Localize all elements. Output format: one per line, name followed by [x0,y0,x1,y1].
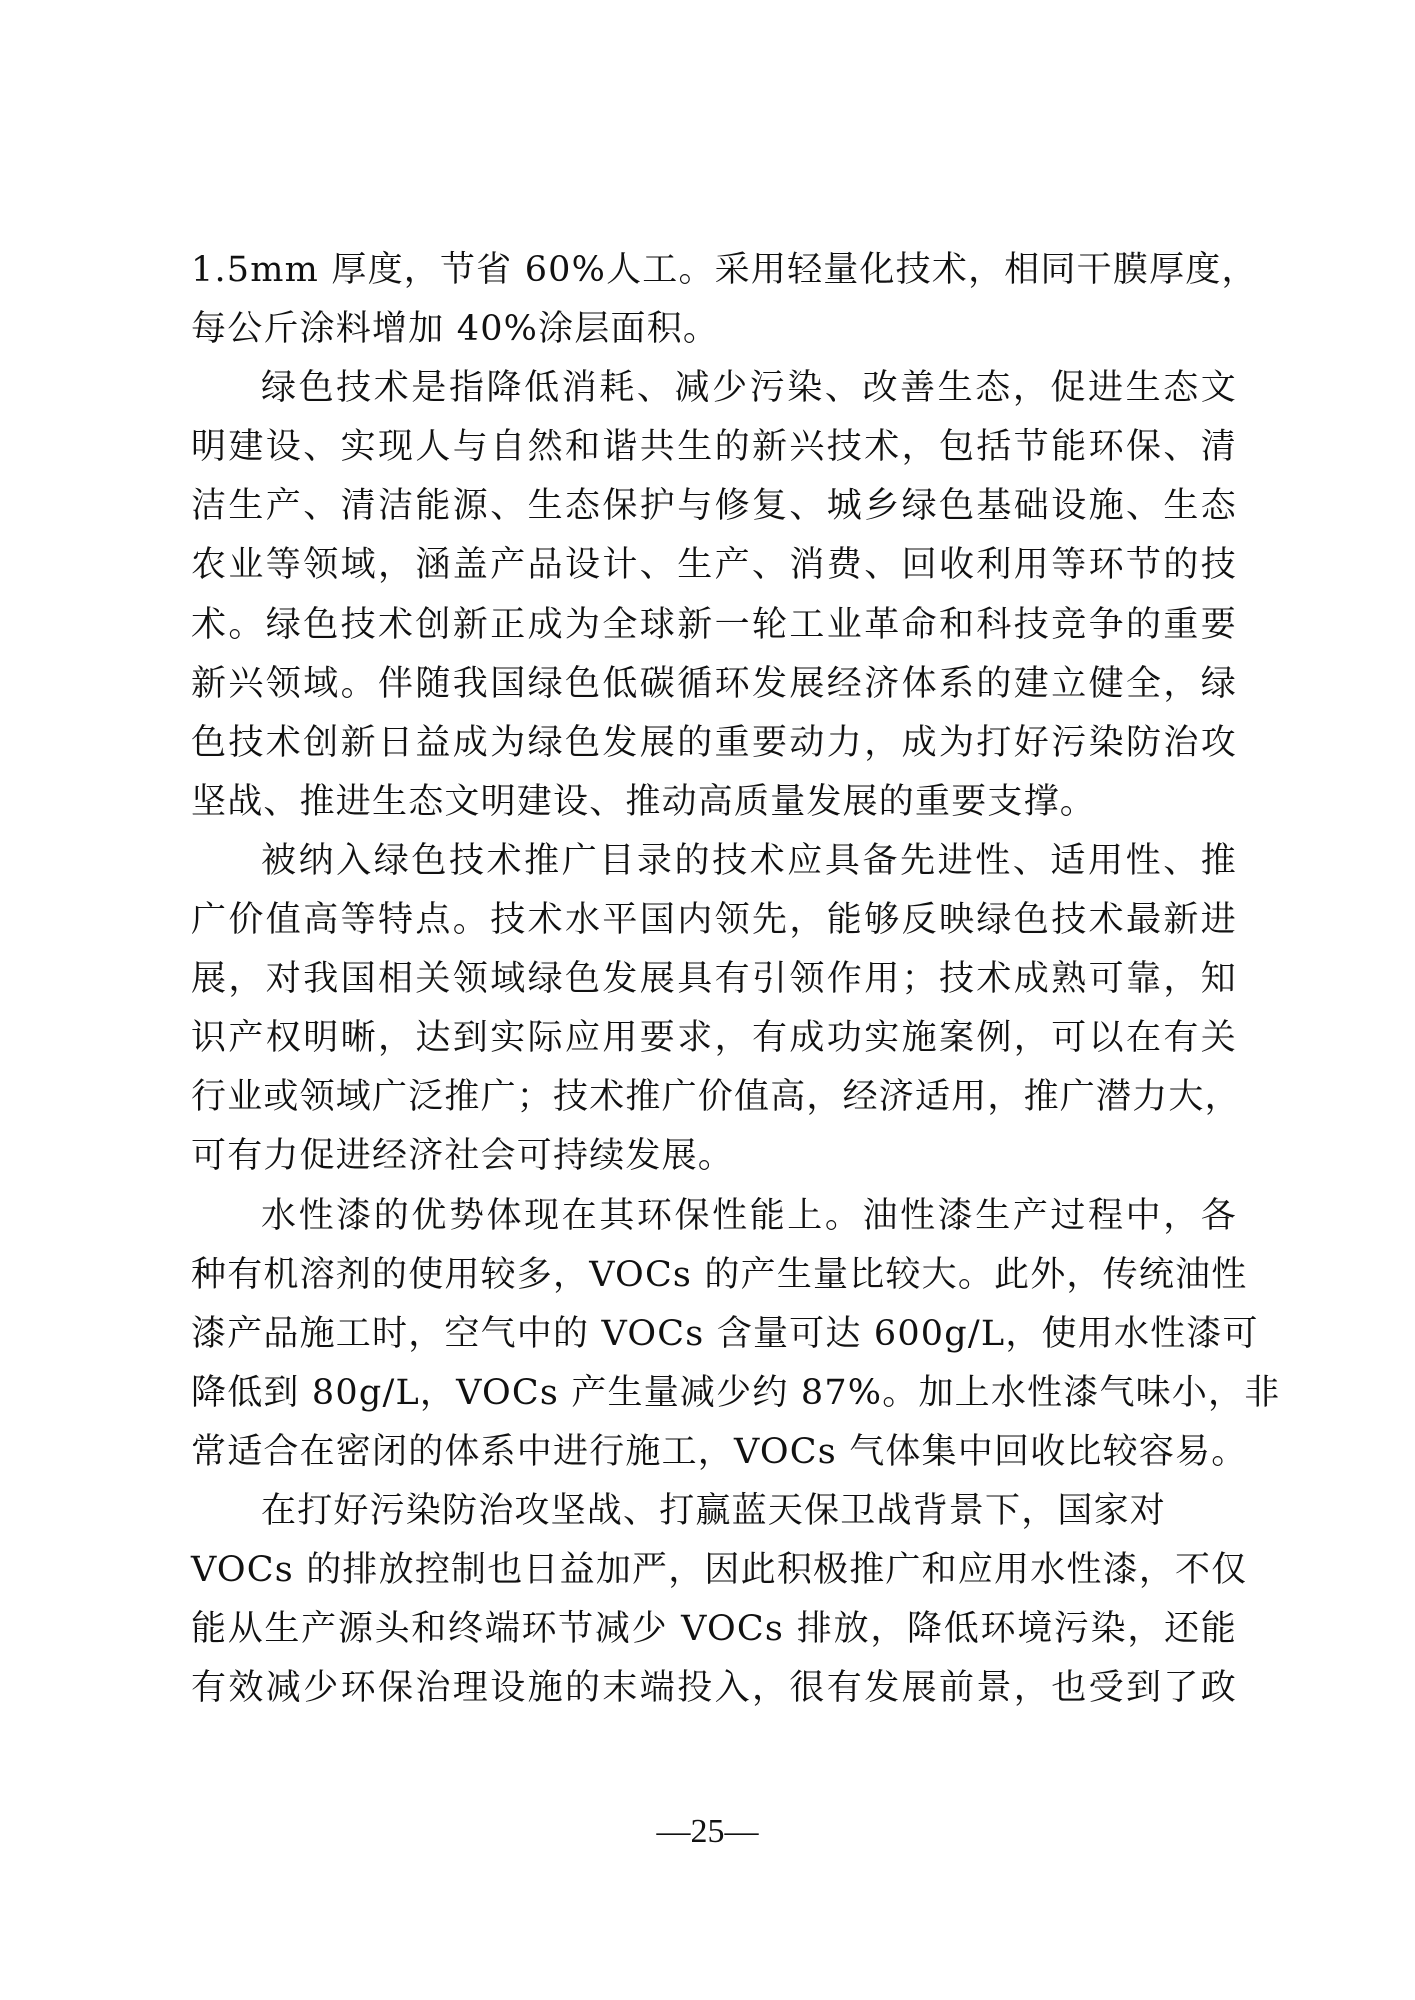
text-line: 术。绿色技术创新正成为全球新一轮工业革命和科技竞争的重要 [191,596,1237,655]
text-line: VOCs 的排放控制也日益加严，因此积极推广和应用水性漆，不仅 [191,1541,1237,1600]
text-line: 识产权明晰，达到实际应用要求，有成功实施案例，可以在有关 [191,1009,1237,1068]
text-line: 广价值高等特点。技术水平国内领先，能够反映绿色技术最新进 [191,891,1237,950]
paragraph: 被纳入绿色技术推广目录的技术应具备先进性、适用性、推 广价值高等特点。技术水平国… [191,832,1237,1187]
text-line: 色技术创新日益成为绿色发展的重要动力，成为打好污染防治攻 [191,714,1237,773]
text-line: 在打好污染防治攻坚战、打赢蓝天保卫战背景下，国家对 [191,1482,1237,1541]
text-line: 种有机溶剂的使用较多，VOCs 的产生量比较大。此外，传统油性 [191,1246,1237,1305]
text-line: 被纳入绿色技术推广目录的技术应具备先进性、适用性、推 [191,832,1237,891]
text-line: 能从生产源头和终端环节减少 VOCs 排放，降低环境污染，还能 [191,1600,1237,1659]
text-line: 每公斤涂料增加 40%涂层面积。 [191,300,1237,359]
text-line: 可有力促进经济社会可持续发展。 [191,1127,1237,1186]
paragraph: 绿色技术是指降低消耗、减少污染、改善生态，促进生态文 明建设、实现人与自然和谐共… [191,359,1237,832]
text-line: 展，对我国相关领域绿色发展具有引领作用；技术成熟可靠，知 [191,950,1237,1009]
text-line: 有效减少环保治理设施的末端投入，很有发展前景，也受到了政 [191,1659,1237,1718]
text-line: 坚战、推进生态文明建设、推动高质量发展的重要支撑。 [191,773,1237,832]
text-line: 常适合在密闭的体系中进行施工，VOCs 气体集中回收比较容易。 [191,1423,1237,1482]
body-text: 1.5mm 厚度，节省 60%人工。采用轻量化技术，相同干膜厚度， 每公斤涂料增… [191,241,1237,1718]
text-line: 水性漆的优势体现在其环保性能上。油性漆生产过程中，各 [191,1187,1237,1246]
paragraph: 1.5mm 厚度，节省 60%人工。采用轻量化技术，相同干膜厚度， 每公斤涂料增… [191,241,1237,359]
text-line: 洁生产、清洁能源、生态保护与修复、城乡绿色基础设施、生态 [191,477,1237,536]
paragraph: 在打好污染防治攻坚战、打赢蓝天保卫战背景下，国家对 VOCs 的排放控制也日益加… [191,1482,1237,1718]
text-line: 行业或领域广泛推广；技术推广价值高，经济适用，推广潜力大， [191,1068,1237,1127]
text-line: 绿色技术是指降低消耗、减少污染、改善生态，促进生态文 [191,359,1237,418]
text-line: 降低到 80g/L，VOCs 产生量减少约 87%。加上水性漆气味小，非 [191,1364,1237,1423]
page-number: —25— [0,1810,1415,1854]
text-line: 明建设、实现人与自然和谐共生的新兴技术，包括节能环保、清 [191,418,1237,477]
text-line: 新兴领域。伴随我国绿色低碳循环发展经济体系的建立健全，绿 [191,655,1237,714]
paragraph: 水性漆的优势体现在其环保性能上。油性漆生产过程中，各 种有机溶剂的使用较多，VO… [191,1187,1237,1482]
text-line: 1.5mm 厚度，节省 60%人工。采用轻量化技术，相同干膜厚度， [191,241,1237,300]
text-line: 漆产品施工时，空气中的 VOCs 含量可达 600g/L，使用水性漆可 [191,1305,1237,1364]
text-line: 农业等领域，涵盖产品设计、生产、消费、回收利用等环节的技 [191,536,1237,595]
document-page: 1.5mm 厚度，节省 60%人工。采用轻量化技术，相同干膜厚度， 每公斤涂料增… [0,0,1415,2000]
